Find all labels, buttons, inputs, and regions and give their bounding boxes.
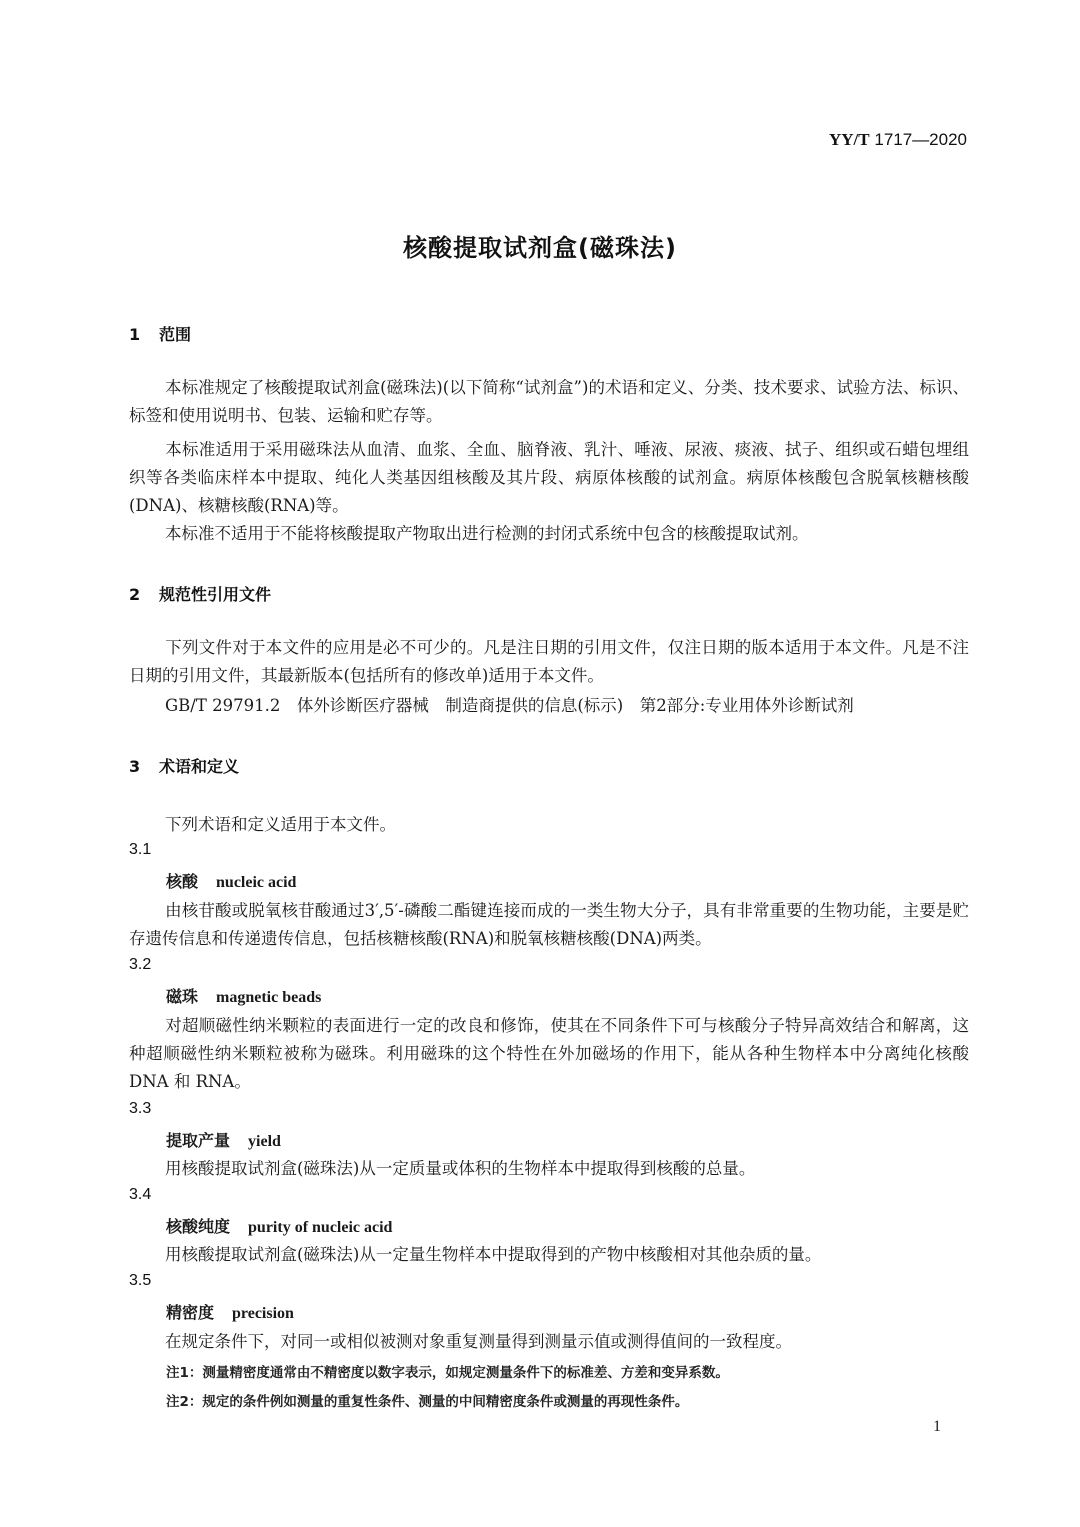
standard-code-number: 1717—2020 — [874, 130, 967, 149]
page-number: 1 — [933, 1418, 941, 1436]
clause-number: 3.3 — [129, 1100, 151, 1118]
term-entry: 磁珠magnetic beads — [166, 984, 321, 1007]
term-entry: 提取产量yield — [166, 1128, 281, 1151]
clause-number: 3.5 — [129, 1272, 151, 1290]
clause-number: 3.4 — [129, 1186, 151, 1204]
clause-number: 3.2 — [129, 956, 151, 974]
paragraph: 本标准不适用于不能将核酸提取产物取出进行检测的封闭式系统中包含的核酸提取试剂。 — [129, 520, 969, 548]
term-entry: 核酸nucleic acid — [166, 869, 296, 892]
section-number: 2 — [129, 585, 159, 604]
note-1: 注1：测量精密度通常由不精密度以数字表示，如规定测量条件下的标准差、方差和变异系… — [166, 1361, 729, 1381]
standard-code-prefix: YY/T — [829, 130, 870, 149]
document-title: 核酸提取试剂盒(磁珠法) — [0, 228, 1080, 263]
section-number: 3 — [129, 757, 159, 776]
paragraph: 下列术语和定义适用于本文件。 — [129, 811, 969, 839]
section-title: 范围 — [159, 325, 191, 344]
section-heading-terms-definitions: 3术语和定义 — [129, 754, 239, 777]
section-title: 术语和定义 — [159, 757, 239, 776]
term-definition: 由核苷酸或脱氧核苷酸通过3′,5′-磷酸二酯键连接而成的一类生物大分子，具有非常… — [129, 897, 969, 953]
clause-number: 3.1 — [129, 841, 151, 859]
paragraph: 下列文件对于本文件的应用是必不可少的。凡是注日期的引用文件，仅注日期的版本适用于… — [129, 634, 969, 690]
section-heading-scope: 1范围 — [129, 322, 191, 345]
standard-code: YY/T 1717—2020 — [829, 130, 967, 150]
term-definition: 用核酸提取试剂盒(磁珠法)从一定量生物样本中提取得到的产物中核酸相对其他杂质的量… — [129, 1241, 969, 1269]
section-number: 1 — [129, 325, 159, 344]
section-title: 规范性引用文件 — [159, 585, 271, 604]
paragraph: 本标准规定了核酸提取试剂盒(磁珠法)(以下简称“试剂盒”)的术语和定义、分类、技… — [129, 374, 969, 430]
term-definition: 对超顺磁性纳米颗粒的表面进行一定的改良和修饰，使其在不同条件下可与核酸分子特异高… — [129, 1012, 969, 1096]
term-entry: 核酸纯度purity of nucleic acid — [166, 1214, 392, 1237]
reference-entry: GB/T 29791.2 体外诊断医疗器械 制造商提供的信息(标示) 第2部分:… — [129, 692, 969, 720]
term-definition: 在规定条件下，对同一或相似被测对象重复测量得到测量示值或测得值间的一致程度。 — [129, 1328, 969, 1356]
section-heading-normative-references: 2规范性引用文件 — [129, 582, 271, 605]
term-definition: 用核酸提取试剂盒(磁珠法)从一定质量或体积的生物样本中提取得到核酸的总量。 — [129, 1155, 969, 1183]
note-2: 注2：规定的条件例如测量的重复性条件、测量的中间精密度条件或测量的再现性条件。 — [166, 1390, 688, 1410]
term-entry: 精密度precision — [166, 1300, 294, 1323]
paragraph: 本标准适用于采用磁珠法从血清、血浆、全血、脑脊液、乳汁、唾液、尿液、痰液、拭子、… — [129, 436, 969, 520]
